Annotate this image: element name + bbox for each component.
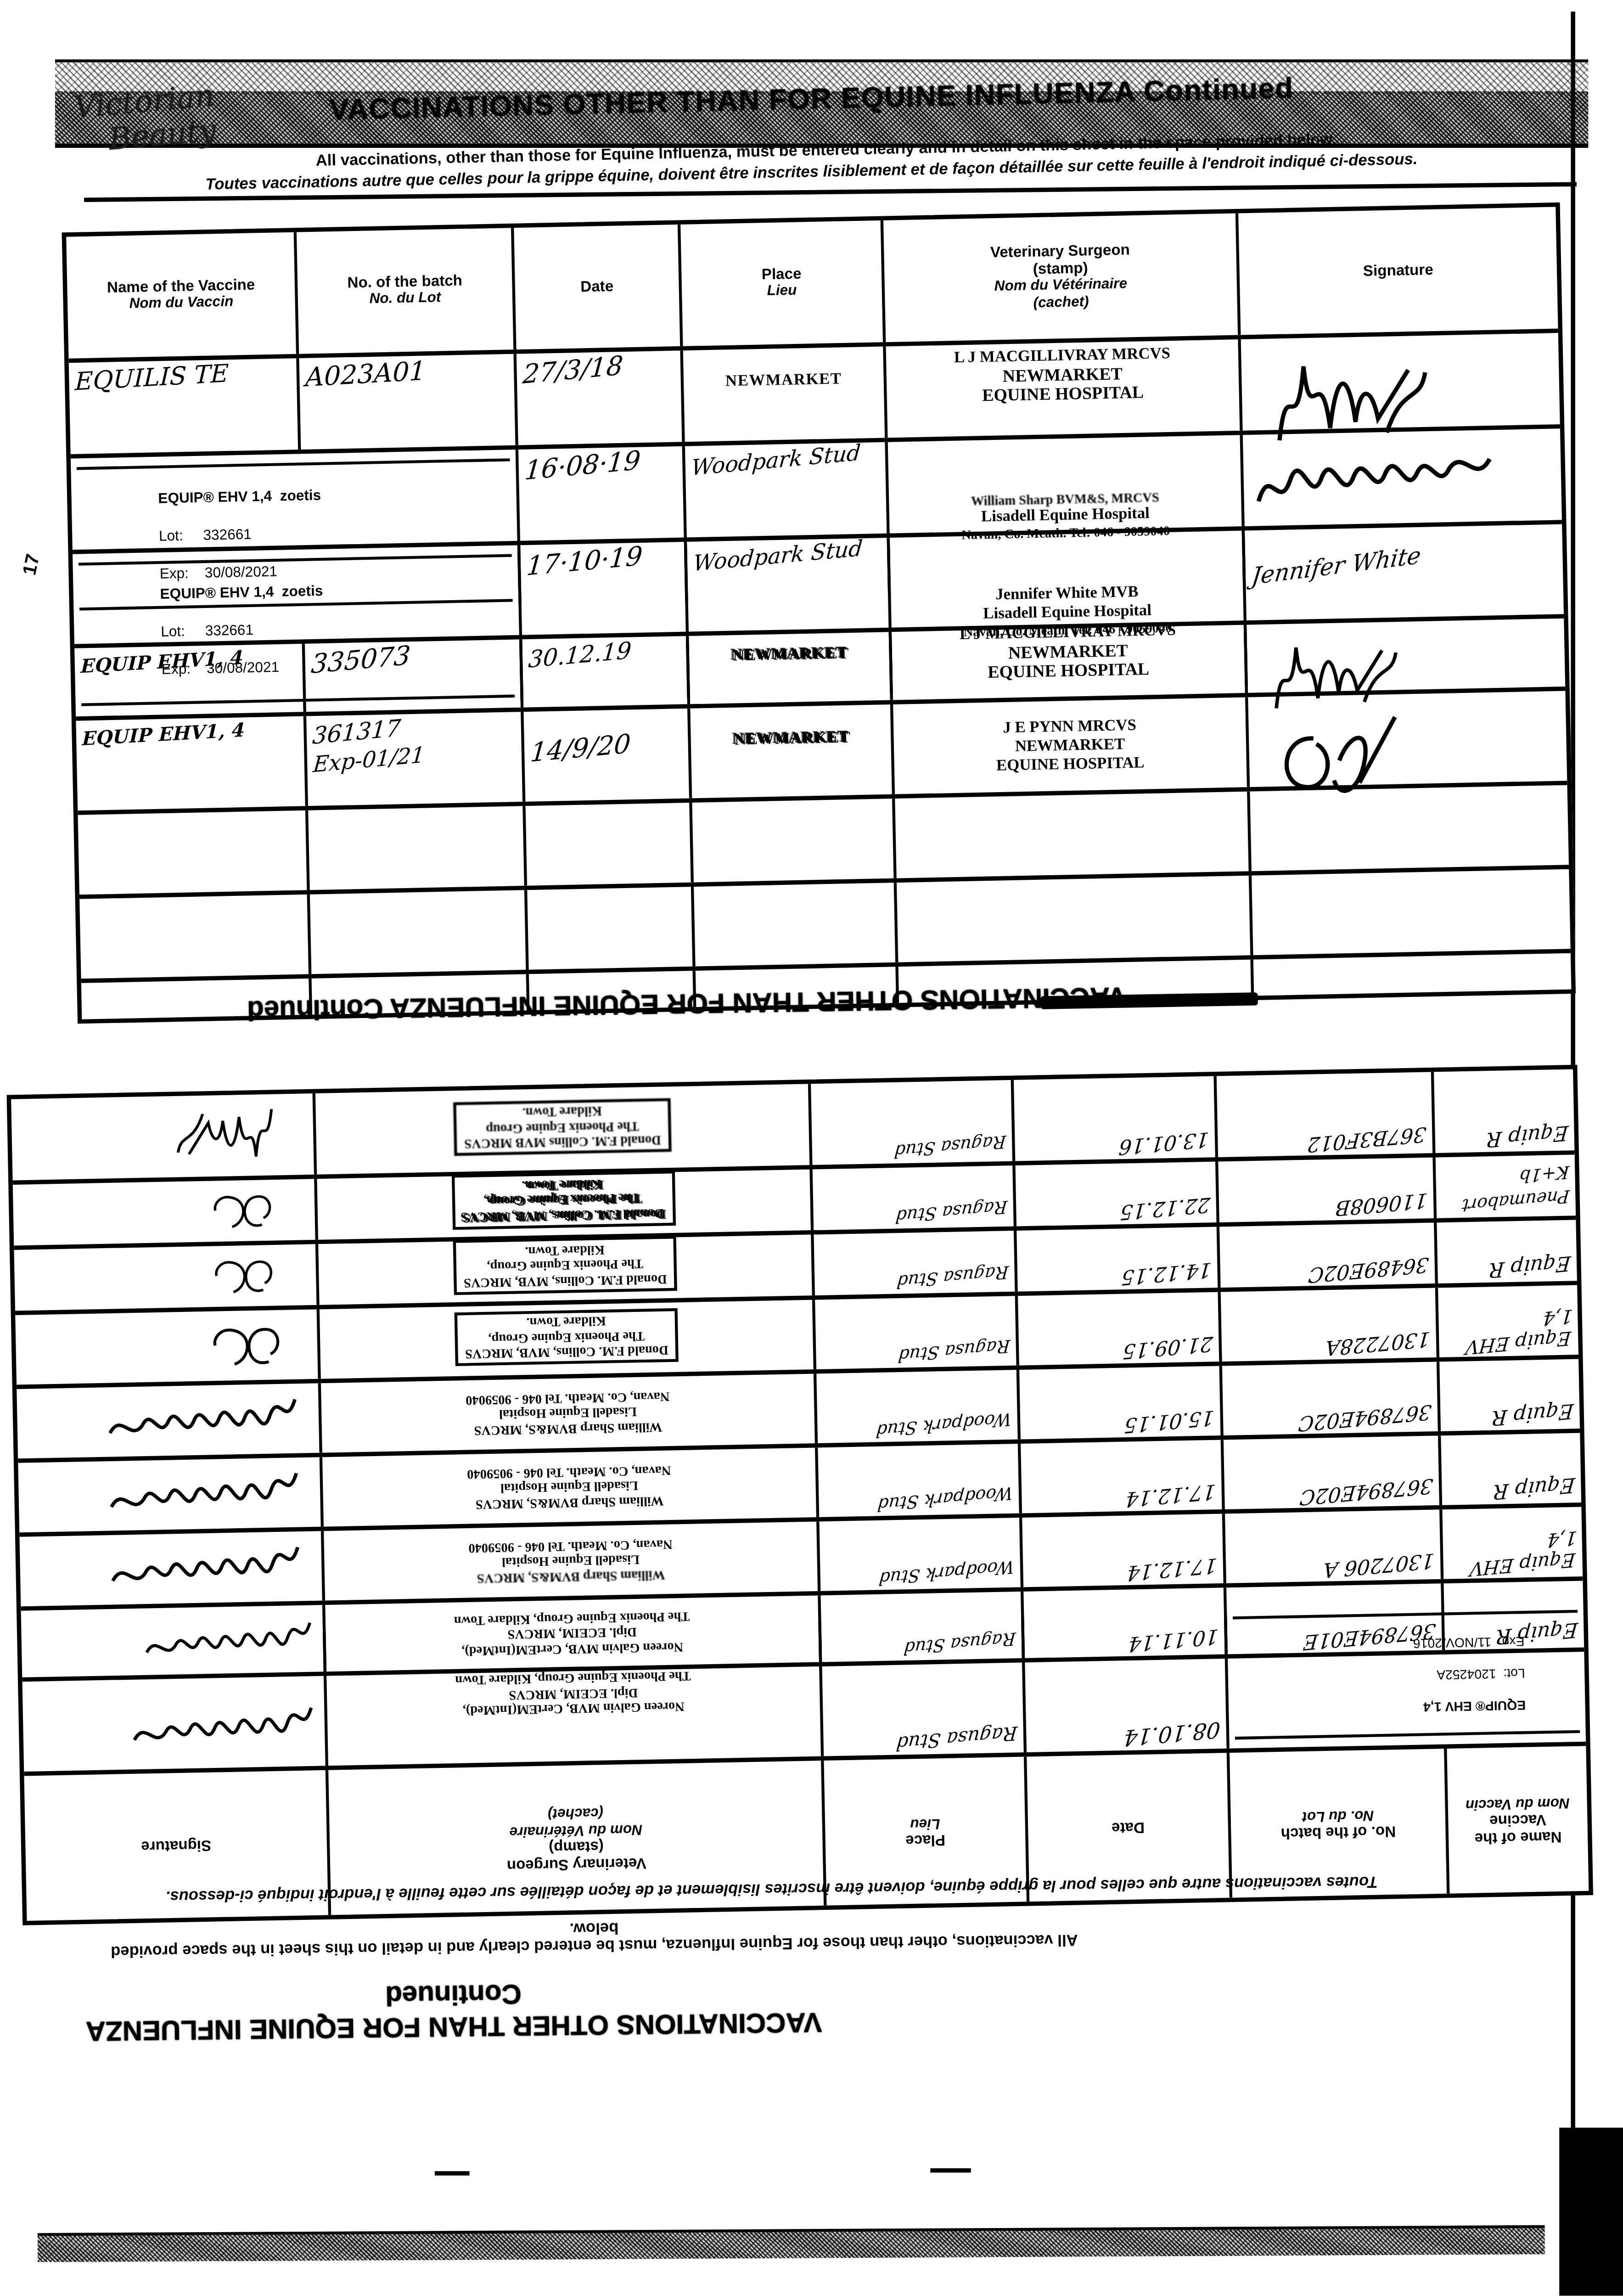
date-cell: 21.09.15 [1018,1292,1222,1366]
header-vet-line2: (stamp) [1033,260,1088,278]
vaccine-name-cell: Equip R [1441,1433,1581,1505]
vaccine-name-cell: Pneumabort K+1b [1436,1151,1576,1218]
header-name-fr: Nom du Vaccin [129,294,234,314]
vet-stamp-line1: Donald F.M. Collins, MVB, MRCVS [462,1206,666,1226]
header-vet: Veterinary Surgeon (stamp) Nom du Vétéri… [881,214,1238,343]
date-handwriting: 14.12.15 [1120,1257,1212,1289]
batch-cell: 335073 [302,639,521,712]
batch-cell: 367894E01E [1226,1583,1445,1654]
empty-cell [892,792,1249,878]
place-cell: NEWMARKET [680,347,885,442]
header-vet-line3: Nom du Vétérinaire [994,276,1127,297]
vaccine-name-handwriting: Equip R [1488,1250,1572,1281]
place-stamp-text: NEWMARKET [689,370,878,391]
header-place-en: Place [905,1831,945,1849]
signature-cell [15,1309,321,1384]
header-vet-line1: Veterinary Surgeon [990,242,1130,262]
batch-handwriting: A023A01 [305,356,427,394]
header-vet-line1: Veterinary Surgeon [506,1854,646,1874]
vaccine-name-handwriting: EQUIP EHV1, 4 [82,720,245,751]
empty-cell [524,887,692,970]
vet-stamp-box: Donald F.M. Collins, MVB, MRCVS The Phoe… [452,1171,676,1230]
place-cell: NEWMARKET [686,632,890,704]
signature-scrawl [145,1099,305,1175]
date-handwriting: 27/3/18 [522,351,624,391]
empty-cell [522,803,691,886]
batch-cell: 367894E02C [1224,1435,1442,1509]
date-handwriting: 22.12.15 [1119,1192,1211,1223]
signature-cell [21,1605,326,1677]
batch-cell: 367B3F012 [1217,1072,1436,1157]
vaccine-name-cell: Equip R [1443,1581,1584,1650]
signature-cell [18,1457,324,1532]
header-batch-en: No. of the batch [1280,1822,1396,1842]
place-handwriting: Ragusa Stud [903,1628,1016,1659]
header-date-label: Date [580,278,614,296]
header-place-fr: Lieu [767,283,797,301]
date-cell: 17.12.14 [1022,1514,1226,1587]
vet-stamp-line2: Dipl. ECEIM, MRCVS [507,1625,637,1643]
signature-cell [11,1093,317,1180]
date-cell: 30.12.19 [519,636,687,708]
place-cell: Ragusa Stud [814,1227,1017,1295]
date-handwriting: 08.10.14 [1123,1716,1221,1751]
sticker-line2: Lot: 1204252A [1437,1666,1525,1682]
empty-cell [894,876,1251,962]
place-cell: Woodpark Stud [819,1518,1023,1591]
vet-stamp-line3: EQUINE HOSPITAL [988,660,1150,682]
date-cell: 13.01.16 [1014,1076,1218,1161]
header-batch-en: No. of the batch [347,272,462,292]
header-batch-fr: No. du Lot [1302,1805,1374,1824]
vet-stamp-line3: Navan, Co. Meath. Tel 046 - 9059040 [466,1389,670,1408]
vet-stamp-cell: William Sharp BVM&S, MRCVS Lisadell Equi… [321,1373,818,1452]
place-cell: Ragusa Stud [815,1296,1019,1369]
signature-scrawl [93,1454,312,1528]
header-signature: Signature [1236,207,1558,335]
batch-handwriting: 335073 [310,641,412,681]
vaccine-name-cell: Equip R [1439,1359,1580,1431]
date-cell: 10.11.14 [1023,1587,1228,1658]
date-handwriting: 15.01.15 [1123,1405,1215,1436]
top-vaccination-table: Name of the Vaccine Nom du Vaccin No. of… [62,203,1576,1024]
header-batch-fr: No. du Lot [369,290,441,309]
header-place-en: Place [761,265,801,284]
vaccine-name-handwriting: Equip R [1486,1120,1569,1151]
header-name-en: Name of the Vaccine [107,276,255,297]
sticker-line1: EQUIP® EHV 1,4 zoetis [158,488,321,507]
vaccine-name-cell: Equip R [1437,1216,1577,1283]
margin-page-number-17: 17 [18,552,44,577]
vet-stamp-cell: Donald F.M. Collins MVB MRCVS The Phoeni… [315,1084,813,1174]
sticker-line1: EQUIP® EHV 1,4 [1423,1698,1526,1714]
signature-scrawl [95,1528,313,1602]
empty-cell [1247,785,1569,872]
vet-stamp-cell: L J MACGILLIVRAY MRCVS NEWMARKET EQUINE … [883,339,1240,438]
place-handwriting: Woodpark Stud [875,1408,1012,1441]
vet-stamp-box: Donald F.M. Collins, MVB, MRCVS The Phoe… [454,1308,679,1367]
vaccine-name-handwriting: Pneumabort [1461,1186,1570,1216]
batch-handwriting: 1307206 A [1322,1548,1435,1581]
scan-noise-band-bottom [38,2225,1545,2262]
header-date-label: Date [1112,1818,1145,1836]
vaccine-name-handwriting: Equip EHV 1,4 [1443,1304,1574,1359]
date-handwriting: 14/9/20 [529,729,632,769]
batch-cell: 110608B [1218,1154,1437,1223]
vet-stamp-line2: NEWMARKET [1015,735,1125,756]
date-cell: 15.01.15 [1019,1366,1224,1439]
empty-cell [307,890,526,974]
signature-handwriting: Jennifer White [1250,541,1422,591]
signature-cell [1245,691,1567,788]
signature-scrawl [161,1179,307,1240]
vet-stamp-line3: EQUINE HOSPITAL [982,383,1144,405]
signature-scrawl [1252,433,1499,524]
vet-stamp-line1: Noreen Galvin MVB, CertEM(IntMed), [461,1639,684,1658]
date-handwriting: 17.12.14 [1126,1553,1218,1584]
place-cell: Woodpark Stud [818,1444,1022,1517]
batch-cell: 367894E02C [1222,1362,1441,1435]
place-cell: Ragusa Stud [813,1162,1016,1230]
place-cell: Ragusa Stud [811,1080,1015,1165]
place-handwriting: Ragusa Stud [896,1261,1009,1292]
vaccine-name-handwriting: Equip EHV 1,4 [1447,1525,1578,1581]
scanned-passport-page: Victorian Beauty 17 16 VACCINATIONS OTHE… [0,0,1623,2296]
empty-cell [79,895,309,979]
empty-cell [689,799,893,882]
vet-stamp-cell: J E PYNN MRCVS NEWMARKET EQUINE HOSPITAL [890,698,1247,794]
vet-stamp-line1: Noreen Galvin MVB, CertEM(IntMed), [462,1699,685,1718]
empty-cell [1249,869,1571,956]
signature-scrawl [127,1683,317,1767]
vet-stamp-line1: Jennifer White MVB [995,584,1139,605]
vaccine-name-handwriting-line2: K+1b [1519,1162,1570,1187]
place-handwriting: Woodpark Stud [690,439,861,481]
header-vet-line3: Nom du Vétérinaire [509,1819,642,1839]
date-handwriting: 30.12.19 [527,636,632,674]
signature-cell [1244,619,1565,693]
vaccine-name-cell: Equip R [1434,1069,1574,1153]
header-place-fr: Lieu [910,1813,940,1831]
vet-stamp-line3: The Phoenix Equine Group, Kildare Town [454,1609,690,1628]
vet-stamp-box: Donald F.M. Collins MVB MRCVS The Phoeni… [454,1098,672,1156]
place-stamp-text: NEWMARKET [696,728,885,749]
date-cell: 22.12.15 [1015,1158,1219,1227]
signature-cell [14,1240,319,1311]
signature-scrawl [92,1380,310,1454]
bottom-title-rotated: VACCINATIONS OTHER THAN FOR EQUINE INFLU… [69,1972,838,2045]
header-batch: No. of the batch No. du Lot [294,228,514,354]
header-vet-line4: (cachet) [548,1802,604,1821]
date-handwriting: 21.09.15 [1122,1331,1214,1362]
vaccine-name-handwriting: EQUILIS TE [74,360,229,398]
vaccine-name-handwriting: Equip R [1491,1398,1574,1429]
date-handwriting: 16·08·19 [523,446,642,487]
signature-cell [17,1383,322,1458]
vet-stamp-line2: Lisadell Equine Hospital [499,1404,637,1422]
batch-cell: A023A01 [296,354,515,450]
date-handwriting: 13.01.16 [1118,1126,1210,1158]
empty-cell [691,883,895,966]
place-cell: NEWMARKET [687,704,892,799]
scan-dash-mark [435,2171,470,2175]
batch-handwriting: 36489E02C [1308,1252,1430,1286]
place-stamp-text: NEWMARKET [695,644,883,665]
vet-stamp-line3: EQUINE HOSPITAL [996,754,1145,775]
vaccine-name-cell: Equip EHV 1,4 [1442,1507,1583,1579]
header-place: Place Lieu [678,220,883,346]
vaccine-name-cell: EQUIP EHV1, 4 [74,644,303,716]
batch-cell: 36489E02C [1219,1219,1438,1288]
vet-stamp-cell: L J MACGILLIVRAY MRCVS NEWMARKET EQUINE … [889,625,1245,700]
vet-stamp-line2: Lisadell Equine Hospital [500,1478,639,1496]
vaccine-name-cell: EQUILIS TE [69,358,298,454]
scan-dash-mark [930,2168,971,2172]
empty-cell [305,806,524,890]
vet-stamp-cell: William Sharp BVM&S, MRCVS Lisadell Equi… [322,1447,819,1526]
place-handwriting: Ragusa Stud [893,1131,1007,1161]
sticker-line2: Lot: 332661 [159,527,252,545]
empty-cell [78,810,307,895]
sticker-line2: Lot: 332661 [161,623,254,641]
batch-cell: 1307206 A [1225,1509,1443,1583]
header-name-fr: Nom du Vaccin [1465,1793,1570,1812]
vet-stamp-box: Donald F.M. Collins, MVB, MRCVS The Phoe… [453,1237,677,1295]
date-cell: 14/9/20 [521,709,689,802]
date-cell: 17.12.14 [1021,1440,1225,1513]
date-cell: 27/3/18 [513,350,682,445]
vaccine-name-handwriting: Equip R [1495,1617,1578,1648]
vet-stamp-line1: William Sharp BVM&S, MRCVS [477,1567,665,1586]
empty-cell [1250,953,1571,996]
vaccine-name-handwriting: EQUIP EHV1, 4 [80,648,244,679]
place-handwriting: Ragusa Stud [895,1196,1008,1227]
header-signature-label: Signature [141,1836,212,1855]
batch-cell: 1307228A [1221,1288,1439,1362]
bottom-vaccination-table-rotated: Name of the Vaccine Nom du Vaccin No. of… [7,1065,1594,1925]
signature-cell [1238,333,1560,431]
batch-handwriting: 367894E02C [1297,1399,1432,1435]
place-handwriting: Ragusa Stud [895,1721,1018,1753]
place-cell: Ragusa Stud [821,1592,1025,1662]
signature-scrawl [140,1605,314,1672]
batch-handwriting: 367894E01E [1303,1618,1437,1653]
header-vet-line2: (stamp) [549,1837,604,1856]
vaccine-name-cell: EQUIP EHV1, 4 [76,716,305,811]
header-name-en: Name of the Vaccine [1454,1810,1582,1847]
header-name: Name of the Vaccine Nom du Vaccin [66,232,296,359]
place-handwriting: Woodpark Stud [692,535,864,577]
signature-scrawl [163,1310,309,1379]
batch-handwriting: 361317 [311,714,402,750]
vet-stamp-line1: J E PYNN MRCVS [1003,716,1136,738]
signature-cell [13,1175,318,1245]
date-handwriting: 17·10·19 [525,541,644,583]
sticker-line1: EQUIP® EHV 1,4 zoetis [160,584,323,603]
place-handwriting: Woodpark Stud [878,1556,1015,1589]
scan-corner-blob [1559,2127,1623,2296]
vet-stamp-line1: Donald F.M. Collins, MVB, MRCVS [464,1272,667,1291]
header-date: Date [511,225,680,349]
signature-cell [19,1531,325,1606]
vet-stamp-line2: Dipl. ECEIM, MRCVS [509,1685,638,1703]
date-cell: 14.12.15 [1016,1223,1220,1292]
batch-handwriting: 367894E02C [1299,1473,1434,1508]
header-signature-label: Signature [1363,262,1434,281]
batch-handwriting: 1307228A [1325,1326,1431,1359]
vaccine-name-handwriting: Equip R [1492,1472,1576,1503]
place-cell: Woodpark Stud [816,1370,1021,1443]
batch-handwriting: 110608B [1335,1187,1429,1219]
signature-scrawl [162,1244,308,1305]
vet-stamp-line3: Navan, Co. Meath. Tel 046 - 9059040 [467,1463,671,1482]
place-handwriting: Woodpark Stud [876,1482,1014,1515]
date-handwriting: 10.11.14 [1128,1624,1219,1655]
vaccine-name-cell: Equip EHV 1,4 [1438,1285,1578,1357]
place-handwriting: Ragusa Stud [897,1335,1011,1366]
vet-stamp-cell: Donald F.M. Collins, MVB, MRCVS The Phoe… [320,1300,816,1379]
date-handwriting: 17.12.14 [1125,1479,1217,1510]
batch-handwriting: 367B3F012 [1306,1121,1427,1155]
vet-stamp-cell: William Sharp BVM&S, MRCVS Lisadell Equi… [324,1521,820,1600]
horse-name-handwriting: Victorian Beauty [73,78,219,160]
vet-stamp-cell: Noreen Galvin MVB, CertEM(IntMed), Dipl.… [325,1595,822,1671]
vet-stamp-line3: Navan, Co. Meath. Tel 046 - 9059040 [468,1536,673,1556]
batch-cell: 361317 Exp-01/21 [303,712,522,806]
header-vet-line4: (cachet) [1033,294,1089,313]
